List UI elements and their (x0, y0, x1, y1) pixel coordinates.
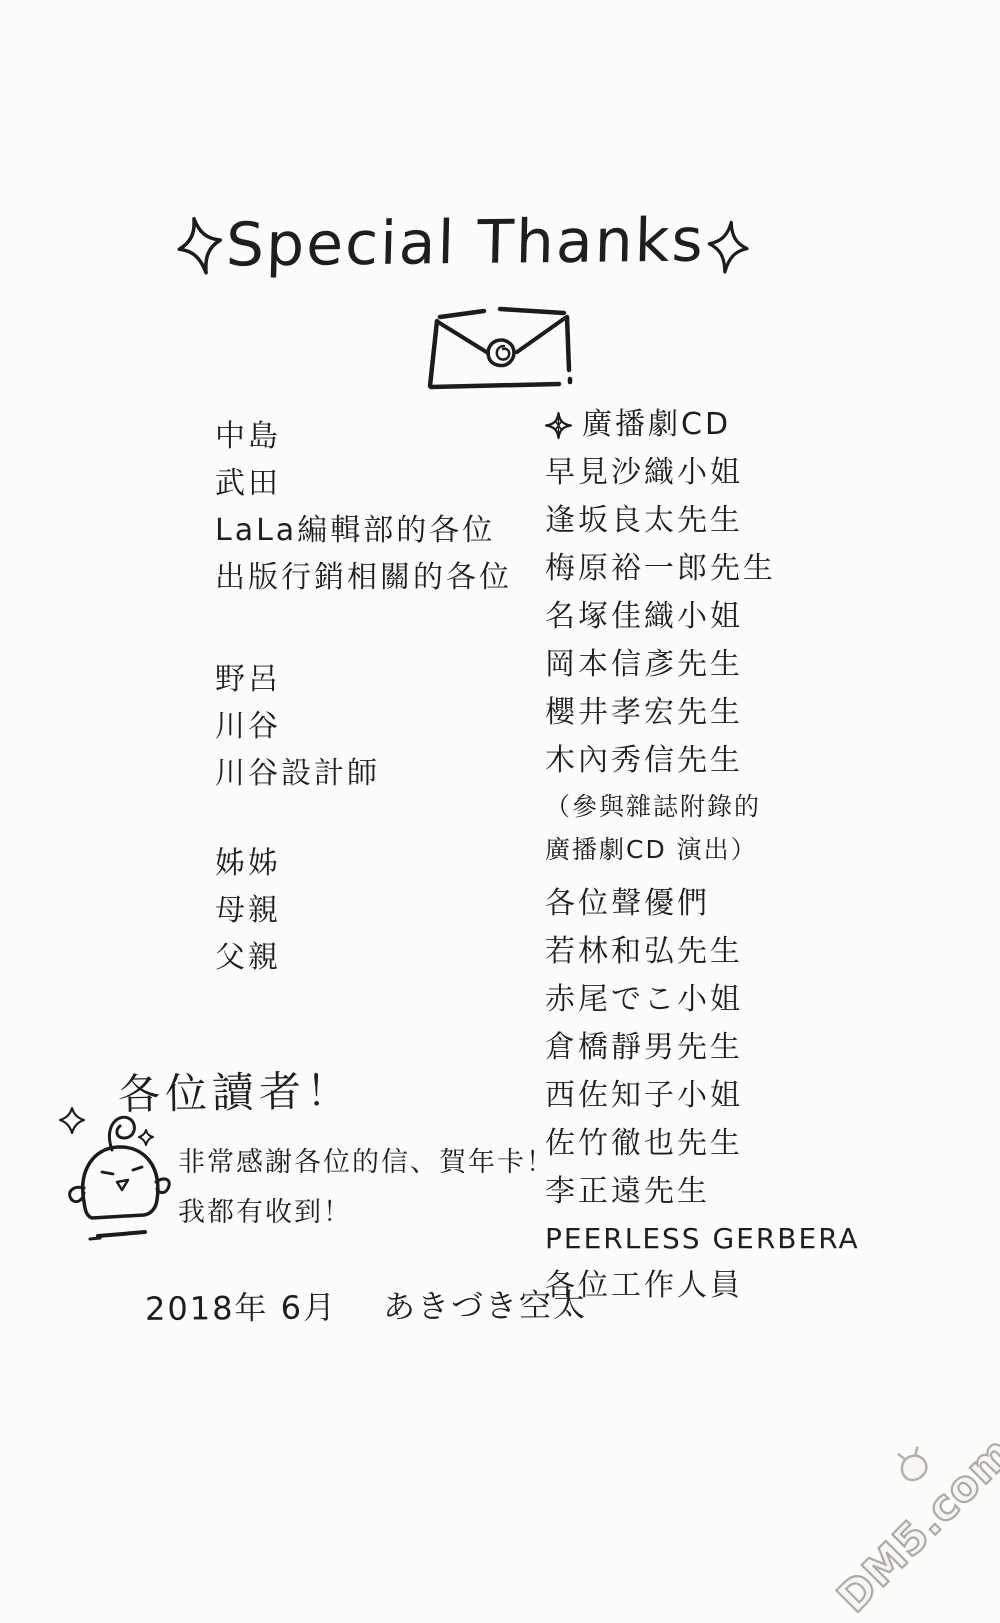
page-title: Special Thanks (175, 205, 751, 281)
credit-line: 名塚佳織小姐 (545, 602, 860, 632)
credit-line: 川谷 (215, 712, 512, 742)
author-signature: あきづき空太 (383, 1280, 587, 1328)
credit-line: 廣播劇CD (582, 410, 731, 440)
credit-note-line: （參與雜誌附錄的 (545, 794, 860, 819)
credit-line: 姊姊 (215, 849, 512, 879)
credit-line: 逢坂良太先生 (545, 506, 860, 536)
thanks-group-design: 野呂 川谷 川谷設計師 (215, 665, 512, 789)
credit-line: 櫻井孝宏先生 (545, 698, 860, 728)
thanks-group-editors: 中島 武田 LaLa編輯部的各位 出版行銷相關的各位 (215, 422, 512, 593)
readers-message-line: 我都有收到！ (178, 1190, 352, 1229)
credit-line: 各位工作人員 (545, 1271, 860, 1301)
credit-line: LaLa編輯部的各位 (215, 516, 512, 546)
credit-line: 川谷設計師 (215, 759, 512, 789)
star-bullet-icon (545, 412, 572, 439)
credit-line: 各位聲優們 (545, 889, 860, 919)
credit-line: 出版行銷相關的各位 (215, 563, 512, 593)
credit-line: 早見沙織小姐 (545, 458, 860, 488)
thanks-group-family: 姊姊 母親 父親 (215, 849, 512, 973)
credit-line: 木內秀信先生 (545, 746, 860, 776)
sparkle-icon (703, 217, 754, 278)
credit-line: 赤尾でこ小姐 (545, 985, 860, 1015)
chick-mascot-icon (50, 1090, 190, 1250)
credit-line: 梅原裕一郎先生 (545, 554, 860, 584)
credit-line: 倉橋靜男先生 (545, 1033, 860, 1063)
credit-line: 武田 (215, 469, 512, 499)
signature-row: 2018年 6月 あきづき空太 (145, 1280, 587, 1330)
credit-note-line: 廣播劇CD 演出） (545, 837, 860, 862)
credit-line: 中島 (215, 422, 512, 452)
credit-line: PEERLESS GERBERA (545, 1225, 860, 1253)
date-text: 2018年 6月 (145, 1282, 337, 1330)
credit-line: 李正遠先生 (545, 1177, 860, 1207)
envelope-icon (420, 300, 585, 395)
watermark-mascot-icon (888, 1442, 937, 1488)
sparkle-icon (169, 210, 231, 281)
credit-line: 母親 (215, 896, 512, 926)
credit-line: 岡本信彥先生 (545, 650, 860, 680)
credit-line: 西佐知子小姐 (545, 1081, 860, 1111)
thanks-list-left: 中島 武田 LaLa編輯部的各位 出版行銷相關的各位 野呂 川谷 川谷設計師 姊… (215, 422, 512, 973)
credit-line: 若林和弘先生 (545, 937, 860, 967)
page-title-text: Special Thanks (225, 205, 705, 280)
credit-line: 野呂 (215, 665, 512, 695)
thanks-list-right: 廣播劇CD 早見沙織小姐 逢坂良太先生 梅原裕一郎先生 名塚佳織小姐 岡本信彥先… (545, 410, 860, 1301)
credit-line: 佐竹徹也先生 (545, 1129, 860, 1159)
readers-message-line: 非常感謝各位的信、賀年卡！ (178, 1140, 555, 1179)
drama-cd-section-header: 廣播劇CD (545, 410, 860, 440)
credit-line: 父親 (215, 943, 512, 973)
